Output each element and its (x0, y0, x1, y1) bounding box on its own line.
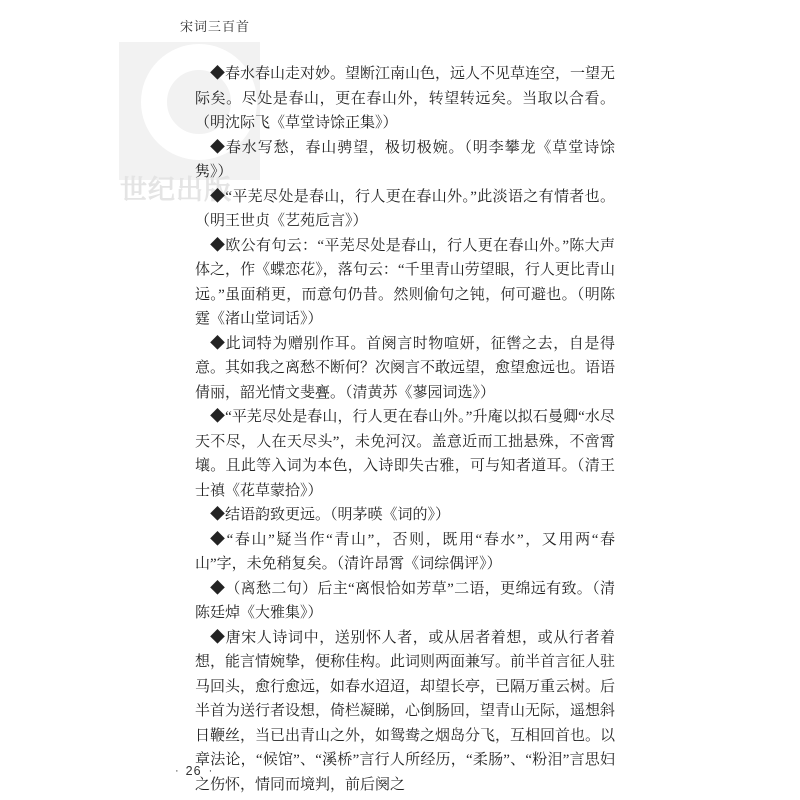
commentary-paragraph: ◆结语韵致更远。（明茅暎《词的》） (195, 503, 615, 528)
footer-right-dot: · (209, 765, 213, 777)
page-footer: ·26· (168, 764, 219, 778)
commentary-text-block: ◆春水春山走对妙。望断江南山色，远人不见草连空，一望无际矣。尽处是春山，更在春山… (195, 62, 615, 797)
page-number: 26 (186, 764, 202, 778)
running-header: 宋词三百首 (180, 16, 250, 35)
footer-left-dot: · (175, 765, 179, 777)
commentary-paragraph: ◆欧公有句云：“平芜尽处是春山，行人更在春山外。”陈大声体之，作《蝶恋花》，落句… (195, 234, 615, 332)
commentary-paragraph: ◆“春山”疑当作“青山”，否则，既用“春水”，又用两“春山”字，未免稍复矣。（清… (195, 528, 615, 577)
commentary-paragraph: ◆“平芜尽处是春山，行人更在春山外。”此淡语之有情者也。（明王世贞《艺苑卮言》） (195, 185, 615, 234)
commentary-paragraph: ◆“平芜尽处是春山，行人更在春山外。”升庵以拟石曼卿“水尽天不尽，人在天尽头”，… (195, 405, 615, 503)
commentary-paragraph: ◆春水春山走对妙。望断江南山色，远人不见草连空，一望无际矣。尽处是春山，更在春山… (195, 62, 615, 136)
commentary-paragraph: ◆（离愁二句）后主“离恨恰如芳草”二语，更绵远有致。（清陈廷焯《大雅集》） (195, 577, 615, 626)
commentary-paragraph: ◆此词特为赠别作耳。首阕言时物喧妍，征辔之去，自是得意。其如我之离愁不断何？次阕… (195, 332, 615, 406)
commentary-paragraph: ◆春水写愁，春山骋望，极切极婉。（明李攀龙《草堂诗馀隽》） (195, 136, 615, 185)
book-page: 宋词三百首 世纪出版 ◆春水春山走对妙。望断江南山色，远人不见草连空，一望无际矣… (0, 0, 800, 800)
commentary-paragraph: ◆唐宋人诗词中，送别怀人者，或从居者着想，或从行者着想，能言情婉挚，便称佳构。此… (195, 626, 615, 798)
